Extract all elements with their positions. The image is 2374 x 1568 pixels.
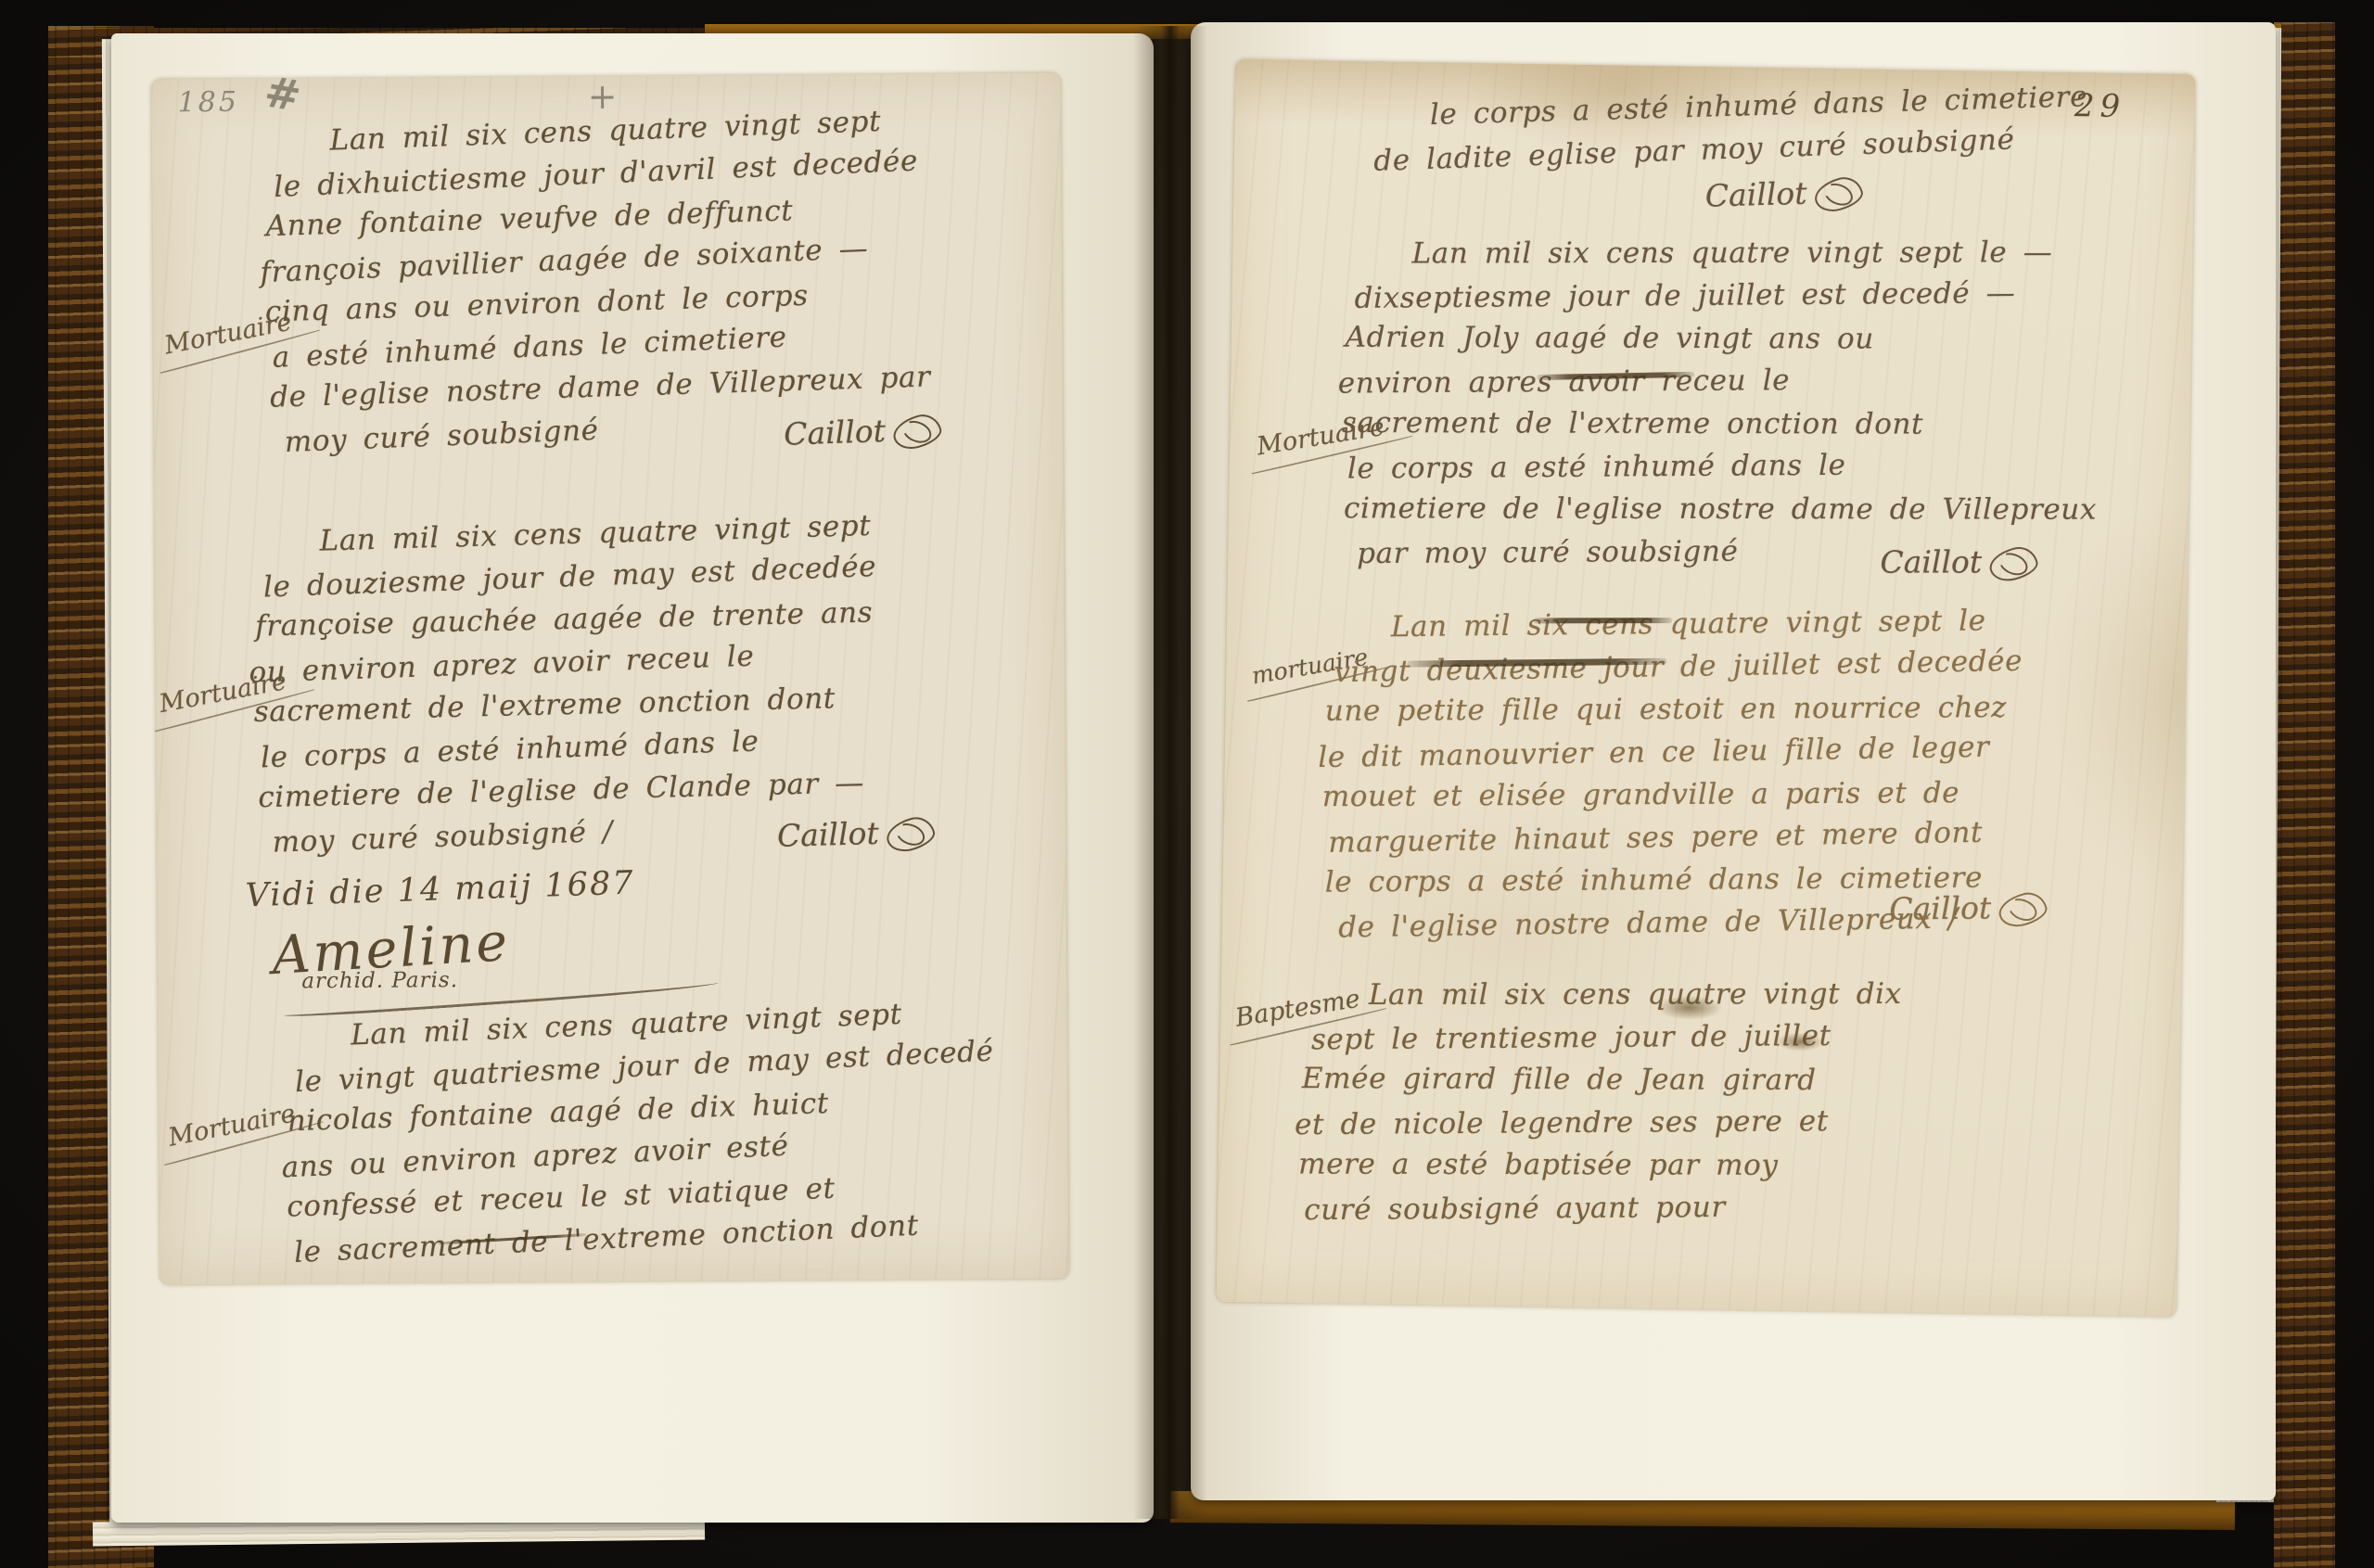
manuscript-line: Emée girard fille de Jean girard xyxy=(1302,1057,2012,1103)
paraphe-flourish-icon xyxy=(1814,178,1863,210)
signature-name: Caillot xyxy=(1704,175,1807,214)
ink-blot xyxy=(1777,1032,1823,1052)
photo-stage: 185 # + Mortuaire Lan mil six cens quatr… xyxy=(0,0,2374,1568)
manuscript-line: mere a esté baptisée par moy xyxy=(1298,1142,2012,1187)
paraphe-flourish-icon xyxy=(1998,894,2047,926)
entry-text: Lan mil six cens quatre vingt sept le —d… xyxy=(1370,231,2038,573)
burial-entry-2-left: Mortuaire Lan mil six cens quatre vingt … xyxy=(276,503,935,861)
burial-entry-2-right: mortuaire Lan mil six cens quatre vingt … xyxy=(1348,599,2038,948)
burial-entry-1-right: Mortuaire Lan mil six cens quatre vingt … xyxy=(1370,231,2038,573)
signature-caillot: Caillot xyxy=(776,813,935,854)
burial-entry-1-left: Mortuaire Lan mil six cens quatre vingt … xyxy=(287,98,947,462)
ink-strikethrough xyxy=(1533,618,1672,623)
manuscript-line: environ apres avoir receu le xyxy=(1338,357,2037,404)
manuscript-line: Adrien Joly aagé de vingt ans ou xyxy=(1346,316,2037,362)
manuscript-line: Lan mil six cens quatre vingt sept le — xyxy=(1370,231,2037,274)
entry-text: Lan mil six cens quatre vingt septle vin… xyxy=(307,990,965,1271)
margin-note-mortuaire: Mortuaire xyxy=(166,1099,298,1154)
signature-caillot: Caillot xyxy=(784,411,942,453)
entry-text: Lan mil six cens quatre vingt septle dou… xyxy=(276,503,935,861)
paraphe-flourish-icon xyxy=(886,818,935,850)
manuscript-line: mouet et elisée grandville a paris et de xyxy=(1322,771,2036,819)
manuscript-line: sept le trentiesme jour de juillet xyxy=(1311,1013,2012,1061)
manuscript-line: le corps a esté inhumé dans le xyxy=(1347,442,2037,490)
signature-caillot: Caillot xyxy=(1889,889,2047,927)
manuscript-line: dixseptiesme jour de juillet est decedé … xyxy=(1354,272,2036,320)
paraphe-flourish-icon xyxy=(892,415,941,449)
foliation-number: 185 xyxy=(178,86,240,119)
signature-name: Caillot xyxy=(784,413,887,453)
manuscript-line: une petite fille qui estoit en nourrice … xyxy=(1325,686,2036,733)
manuscript-line: et de nicole legendre ses pere et xyxy=(1295,1099,2012,1146)
signature-caillot: Caillot xyxy=(1704,173,1863,214)
signature-name: Caillot xyxy=(1880,543,1982,580)
manuscript-line: cimetiere de l'eglise nostre dame de Vil… xyxy=(1344,487,2037,530)
foliation-cancel-mark: # xyxy=(261,66,307,121)
signature-name: Caillot xyxy=(776,815,879,854)
manuscript-line: sacrement de l'extreme onction dont xyxy=(1342,402,2037,446)
left-manuscript-leaf: 185 # + Mortuaire Lan mil six cens quatr… xyxy=(151,73,1068,1285)
book-gutter-shadow xyxy=(1133,26,1207,1519)
paraphe-flourish-icon xyxy=(1989,548,2037,580)
manuscript-line: curé soubsigné ayant pour xyxy=(1304,1184,2012,1231)
entry-text: Lan mil six cens quatre vingt septle dix… xyxy=(287,98,947,462)
visa-block: Vidi die 14 maij 1687 Ameline archid. Pa… xyxy=(245,868,719,1006)
burial-entry-3-left: Mortuaire Lan mil six cens quatre vingt … xyxy=(307,990,965,1271)
signature-caillot: Caillot xyxy=(1880,543,2037,580)
burial-entry-fragment-right: le corps a esté inhumé dans le cimetiere… xyxy=(1386,76,2056,180)
entry-text: le corps a esté inhumé dans le cimetiere… xyxy=(1386,76,2056,180)
signature-name: Caillot xyxy=(1889,889,1991,926)
right-manuscript-leaf: 29 le corps a esté inhumé dans le cimeti… xyxy=(1217,59,2196,1317)
marbled-cover-right xyxy=(2274,22,2335,1568)
